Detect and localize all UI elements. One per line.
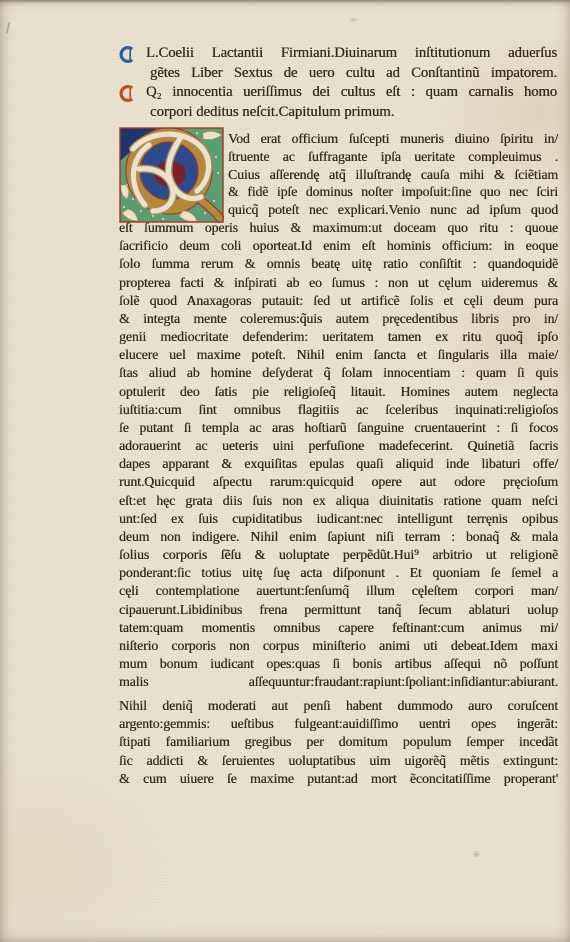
- text-line: ſolius corporis ſẽſu & uoluptate perpẽdũ…: [119, 546, 558, 564]
- manuscript-page: L.Coelii Lactantii Firmiani.Diuinarum in…: [0, 0, 570, 942]
- text-line: tatem:quam momentis omnibus capere feſti…: [119, 619, 558, 637]
- illuminated-initial-q: [119, 127, 224, 223]
- text-line: runt.Quicquid aſpectu rarum:quicquid ope…: [119, 473, 558, 491]
- initial-letter-value: Q: [0, 0, 1, 1]
- text-line: Cuius aſſerendę atq̃ illuſtrandę cauſa m…: [228, 166, 558, 184]
- text-line: iuſtitia:cum ſint omnibus flagitiis ac ſ…: [119, 401, 558, 419]
- text-line: argento:gemmis: ueſtibus fulgeant:auidiſ…: [119, 715, 558, 733]
- text-line: dapes apparant & exquiſitas epulas quaſi…: [119, 455, 558, 473]
- text-line: ponderant:ſic totius uitę ſuę acta diſpo…: [119, 564, 558, 582]
- margin-pen-mark: [6, 22, 11, 34]
- title-text: L.Coelii Lactantii Firmiani.Diuinarum in…: [146, 45, 557, 61]
- text-line: quicq̃ poteſt nec explicari.Venio nunc a…: [228, 201, 558, 219]
- text-line: eſt:et hęc grata diis ſuis non ex aliqua…: [119, 492, 558, 510]
- incipit-line: Q₂ innocentia ueriſſimus dei cultus eſt …: [119, 83, 557, 103]
- incipit-text: corpori deditus neſcit.Capitulum primum.: [150, 104, 394, 120]
- text-line: Nihil deniq̃ moderati aut penſi habent d…: [119, 697, 558, 715]
- text-line: ſe putant ſi templa ac aras hoſtiarũ ſan…: [119, 419, 558, 437]
- text-line: cęli contemplatione auertunt:ſenſumq̃ il…: [119, 582, 558, 600]
- text-line: deum non indigere. Nihil enim ſapiunt ni…: [119, 528, 558, 546]
- text-line: eſt ſummum operis huius & maximum:ut doc…: [119, 219, 558, 237]
- paragraph-1: eſt ſummum operis huius & maximum:ut doc…: [119, 219, 558, 691]
- text-line: unt:ſed ex ſuis cupiditatibus iudicant:n…: [119, 510, 558, 528]
- text-line: & integta mente coleremus:q̃uis autem pr…: [119, 310, 558, 328]
- text-line: ſtruente ac ſuffragante ipſa ueritate co…: [228, 148, 558, 166]
- text-line: optulerit deo ſatis pie religioſeq̃ lita…: [119, 383, 558, 401]
- text-line: mum bonum iudicant opes:quas ſi bonis ar…: [119, 655, 558, 673]
- text-line: ſtas aliud ab homine deſyderat q̃ ſolam …: [119, 364, 558, 382]
- text-line: niſterio corporis non corpus miniſterio …: [119, 637, 558, 655]
- opening-lines: Vod erat officium ſuſcepti muneris diuin…: [228, 130, 558, 219]
- incipit-text: Q₂ innocentia ueriſſimus dei cultus eſt …: [146, 84, 557, 100]
- text-line: elucere uel maxime poteſt. Nihil enim ſa…: [119, 346, 558, 364]
- incipit-line: corpori deditus neſcit.Capitulum primum.: [119, 103, 557, 123]
- text-line: & fidẽ ipſe dominus noſter impoſuit:ſine…: [228, 183, 558, 201]
- text-line: malis aſſequuntur:fraudant:rapiunt:ſpoli…: [119, 673, 558, 691]
- capitulum-mark-blue-icon: [119, 46, 135, 63]
- text-line: cipauerunt.Libidinibus frena permittunt …: [119, 601, 558, 619]
- text-line: ſacrificio deum coli oporteat.Id enim eſ…: [119, 237, 558, 255]
- text-line: Vod erat officium ſuſcepti muneris diuin…: [228, 130, 558, 148]
- text-line: ſic addicti & ſeruientes uoluptatibus ui…: [119, 752, 558, 770]
- text-line: ſolẽ quod Anaxagoras putauit: ſed ut art…: [119, 292, 558, 310]
- text-line: & cum uiuere ſe maxime putant:ad mort ẽc…: [119, 770, 558, 788]
- chapter-heading: L.Coelii Lactantii Firmiani.Diuinarum in…: [119, 44, 557, 123]
- text-line: ſtipati familiarium gregibus per domitum…: [119, 733, 558, 751]
- text-line: propterea facti & inſpirati ab eo ſumus …: [119, 274, 558, 292]
- capitulum-mark-red-icon: [119, 85, 135, 102]
- title-line: gẽtes Liber Sextus de uero cultu ad Conſ…: [119, 64, 557, 84]
- text-line: adorauerint ac ueteris uini perfuſione m…: [119, 437, 558, 455]
- paragraph-2: Nihil deniq̃ moderati aut penſi habent d…: [119, 697, 558, 788]
- title-line: L.Coelii Lactantii Firmiani.Diuinarum in…: [119, 44, 557, 64]
- text-line: ſolo ſumma rerum & omnis beatę uitę rati…: [119, 255, 558, 273]
- text-line: genii mediocritate defenderim: ueritatem…: [119, 328, 558, 346]
- title-text: gẽtes Liber Sextus de uero cultu ad Conſ…: [150, 65, 557, 81]
